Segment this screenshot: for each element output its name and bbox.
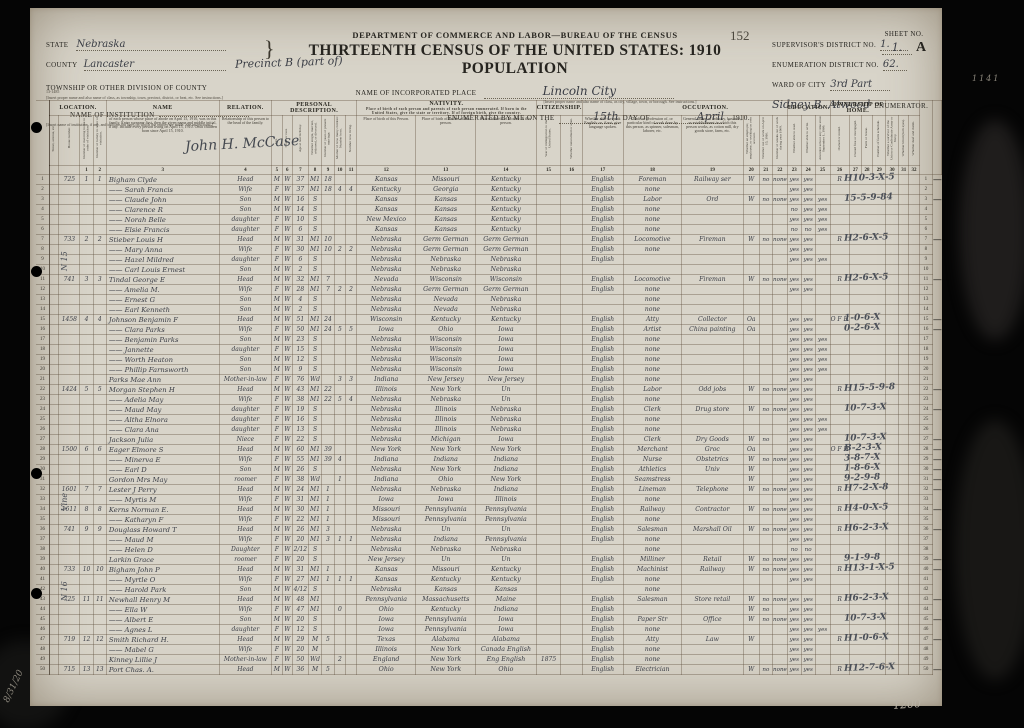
cell-wr: yes — [801, 565, 815, 575]
department-line: DEPARTMENT OF COMMERCE AND LABOR—BUREAU … — [280, 30, 750, 40]
cell-pob: Ohio — [357, 665, 416, 675]
group-nativity-: NATIVITY.Place of birth of each person a… — [357, 101, 537, 116]
colhead-c31: Whether blind (both eyes). — [899, 116, 909, 166]
person-row: 32160177Lester J PerryHeadMW24M11Nebrask… — [36, 485, 942, 495]
cell-dw: 4 — [80, 315, 93, 325]
census-grid-wrap: LOCATION.NAMERELATION.PERSONAL DESCRIPTI… — [36, 100, 942, 675]
cell-rel: Head — [219, 275, 272, 285]
colhead-fam: Number of family in order of visitation. — [93, 116, 106, 166]
row-number: 19 — [36, 355, 50, 365]
cell-pob: Nebraska — [357, 265, 416, 275]
cell-mpob: Kentucky — [476, 185, 536, 195]
pencil-tick: — — [933, 455, 942, 465]
cell-wr: yes — [801, 485, 815, 495]
cell-wks — [772, 535, 787, 545]
county-label: COUNTY — [46, 61, 78, 69]
cell-mpob: Nebraska — [476, 415, 536, 425]
cell-deaf — [909, 455, 919, 465]
person-row: 24—— Maud MaydaughterFW19SNebraskaIllino… — [36, 405, 942, 415]
cell-occ: none — [623, 545, 681, 555]
cell-mpob: Maine — [476, 595, 536, 605]
cell-house — [59, 365, 80, 375]
colnum-fam: 2 — [93, 166, 106, 175]
cell-fam — [93, 265, 106, 275]
cell-veteran — [886, 295, 899, 305]
cell-mar: S — [308, 225, 322, 235]
cell-nat — [561, 405, 582, 415]
cell-sch — [815, 245, 830, 255]
pencil-tick — [933, 515, 942, 525]
group-citizenship-: CITIZENSHIP. — [536, 101, 582, 116]
cell-ind — [682, 245, 744, 255]
cell-age: 26 — [292, 465, 308, 475]
cell-mar: S — [308, 345, 322, 355]
cell-ow — [759, 205, 772, 215]
cell-dw — [80, 335, 93, 345]
cell-fam — [93, 625, 106, 635]
cell-mpob: Eng English — [476, 655, 536, 665]
cell-rel: Son — [219, 205, 272, 215]
row-number-right: 23 — [919, 395, 933, 405]
cell-fpob: Massachusetts — [416, 595, 476, 605]
cell-veteran — [886, 645, 899, 655]
cell-emp — [743, 495, 759, 505]
cell-cl — [346, 255, 357, 265]
cell-name: —— Myrtis M — [106, 495, 219, 505]
row-number: 22 — [36, 385, 50, 395]
cell-blind — [899, 225, 909, 235]
cell-deaf — [909, 555, 919, 565]
cell-nat — [561, 385, 582, 395]
cell-veteran — [886, 535, 899, 545]
cell-annotation: 10-7-3-X — [849, 615, 886, 625]
cell-sch — [815, 455, 830, 465]
cell-emp: W — [743, 175, 759, 185]
cell-sch — [815, 185, 830, 195]
cell-rel: Son — [219, 355, 272, 365]
cell-wks — [772, 375, 787, 385]
cell-eng — [582, 295, 623, 305]
cell-ind — [682, 515, 744, 525]
person-row: 37—— Maud MWifeFW20M1311NebraskaIndianaP… — [36, 535, 942, 545]
group-ownership-of-home-: OWNERSHIP OF HOME. — [830, 101, 886, 116]
cell-ind: China painting — [682, 325, 744, 335]
colhead-ow: Whether out of work on April 15, 1910. — [759, 116, 772, 166]
colnum-mpob: 14 — [476, 166, 536, 175]
cell-yrs — [322, 205, 334, 215]
colhead-rd: Whether able to read. — [787, 116, 801, 166]
pencil-tick — [933, 285, 942, 295]
cell-pob: Nebraska — [357, 345, 416, 355]
person-row: 10—— Carl Louis ErnestSonMW2SNebraskaNeb… — [36, 265, 942, 275]
pencil-tick: — — [933, 485, 942, 495]
cell-nat — [561, 565, 582, 575]
cell-nat — [561, 175, 582, 185]
group-occupation-: OCCUPATION. — [623, 101, 787, 116]
row-number-right: 14 — [919, 305, 933, 315]
cell-blind — [899, 305, 909, 315]
cell-fam — [93, 205, 106, 215]
cell-nat — [561, 555, 582, 565]
cell-sex: F — [272, 425, 282, 435]
cell-street — [50, 475, 59, 485]
cell-mpob: New York — [476, 475, 536, 485]
cell-mar: M1 — [308, 515, 322, 525]
cell-eng: English — [582, 275, 623, 285]
cell-ow — [759, 415, 772, 425]
cell-imm: 1875 — [536, 655, 561, 665]
cell-dw — [80, 375, 93, 385]
cell-pob: Missouri — [357, 515, 416, 525]
cell-nat — [561, 395, 582, 405]
cell-nat — [561, 335, 582, 345]
pencil-tick — [933, 215, 942, 225]
cell-fam: 11 — [93, 595, 106, 605]
cell-nat — [561, 475, 582, 485]
cell-rd: yes — [787, 255, 801, 265]
cell-eng: English — [582, 405, 623, 415]
cell-pob: New Jersey — [357, 555, 416, 565]
cell-ind: Fireman — [682, 275, 744, 285]
cell-wr: yes — [801, 425, 815, 435]
cell-fpob: Nebraska — [416, 545, 476, 555]
cell-blind — [899, 285, 909, 295]
cell-mpob: Wisconsin — [476, 275, 536, 285]
cell-emp: Oa — [743, 445, 759, 455]
cell-fpob: Missouri — [416, 565, 476, 575]
cell-sch — [815, 545, 830, 555]
cell-rel: Son — [219, 305, 272, 315]
cell-veteran — [886, 615, 899, 625]
cell-dw — [80, 295, 93, 305]
cell-wks: none — [772, 175, 787, 185]
cell-rd: yes — [787, 445, 801, 455]
person-row: 16—— Clara ParksWifeFW50M12455IowaOhioIo… — [36, 325, 942, 335]
cell-veteran — [886, 285, 899, 295]
cell-mpob: Un — [476, 525, 536, 535]
cell-deaf — [909, 385, 919, 395]
cell-age: 48 — [292, 595, 308, 605]
cell-pob: Illinois — [357, 385, 416, 395]
cell-rel: Wife — [219, 645, 272, 655]
cell-pob: Indiana — [357, 455, 416, 465]
cell-pob: Ohio — [357, 605, 416, 615]
cell-house: 741 — [59, 275, 80, 285]
cell-nat — [561, 485, 582, 495]
pencil-tick — [933, 645, 942, 655]
cell-wr: yes — [801, 315, 815, 325]
cell-annotation — [849, 645, 886, 655]
cell-emp: W — [743, 385, 759, 395]
cell-street — [50, 495, 59, 505]
cell-emp: W — [743, 235, 759, 245]
cell-eng: English — [582, 195, 623, 205]
cell-sex: F — [272, 515, 282, 525]
cell-name: —— Clarence R — [106, 205, 219, 215]
cell-wr: yes — [801, 655, 815, 665]
cell-occ: none — [623, 355, 681, 365]
cell-nat — [561, 525, 582, 535]
cell-emp: W — [743, 635, 759, 645]
cell-wr: yes — [801, 215, 815, 225]
cell-name: Newhall Henry M — [106, 595, 219, 605]
cell-imm — [536, 625, 561, 635]
cell-sch: yes — [815, 345, 830, 355]
cell-deaf — [909, 465, 919, 475]
cell-name: —— Hazel Mildred — [106, 255, 219, 265]
cell-pob: Nebraska — [357, 395, 416, 405]
cell-rd: yes — [787, 365, 801, 375]
cell-annotation — [849, 255, 886, 265]
cell-street — [50, 605, 59, 615]
cell-wr: yes — [801, 435, 815, 445]
cell-blind — [899, 345, 909, 355]
row-number: 44 — [36, 605, 50, 615]
cell-sex: M — [272, 665, 282, 675]
cell-age: 29 — [292, 635, 308, 645]
cell-name: —— Worth Heaton — [106, 355, 219, 365]
cell-rel: daughter — [219, 225, 272, 235]
cell-nat — [561, 345, 582, 355]
supervisor-label: SUPERVISOR'S DISTRICT NO. — [772, 41, 876, 49]
cell-mar: S — [308, 205, 322, 215]
cell-imm — [536, 235, 561, 245]
colnum-age: 7 — [292, 166, 308, 175]
cell-eng: English — [582, 645, 623, 655]
cell-pob: Nevada — [357, 275, 416, 285]
cell-fpob: New York — [416, 645, 476, 655]
cell-mpob: Germ German — [476, 245, 536, 255]
cell-eng: English — [582, 325, 623, 335]
person-row: 13—— Ernest GSonMW4SNebraskaNevadaNebras… — [36, 295, 942, 305]
cell-wr: yes — [801, 345, 815, 355]
cell-color: W — [282, 235, 292, 245]
cell-ind — [682, 535, 744, 545]
cell-rd: yes — [787, 275, 801, 285]
cell-yrs: 1 — [322, 565, 334, 575]
cell-mpob: New Jersey — [476, 375, 536, 385]
cell-rel: Wife — [219, 575, 272, 585]
cell-occ: Merchant — [623, 445, 681, 455]
cell-color: W — [282, 555, 292, 565]
cell-deaf — [909, 515, 919, 525]
cell-annotation — [849, 345, 886, 355]
cell-nat — [561, 285, 582, 295]
cell-cb: 5 — [334, 325, 345, 335]
cell-yrs — [322, 365, 334, 375]
cell-street — [50, 655, 59, 665]
cell-age: 60 — [292, 445, 308, 455]
colnum-ind: 19 — [682, 166, 744, 175]
cell-nat — [561, 535, 582, 545]
cell-eng: English — [582, 665, 623, 675]
person-row: 25—— Altha ElnoradaughterFW16SNebraskaIl… — [36, 415, 942, 425]
cell-fam — [93, 515, 106, 525]
cell-color: W — [282, 625, 292, 635]
cell-rel: daughter — [219, 415, 272, 425]
cell-sex: M — [272, 315, 282, 325]
cell-ind: Store retail — [682, 595, 744, 605]
cell-deaf — [909, 435, 919, 445]
cell-rd: yes — [787, 615, 801, 625]
cell-pob: Nebraska — [357, 465, 416, 475]
punch-hole — [31, 266, 42, 277]
cell-imm — [536, 385, 561, 395]
cell-color: W — [282, 185, 292, 195]
cell-wr: yes — [801, 555, 815, 565]
cell-sex: F — [272, 475, 282, 485]
cell-imm — [536, 265, 561, 275]
cell-cb: 1 — [334, 535, 345, 545]
cell-blind — [899, 625, 909, 635]
cell-name: —— Clara Ana — [106, 425, 219, 435]
cell-rd — [787, 265, 801, 275]
cell-yrs — [322, 255, 334, 265]
cell-ind — [682, 605, 744, 615]
cell-wr: yes — [801, 625, 815, 635]
cell-imm — [536, 365, 561, 375]
cell-ow — [759, 345, 772, 355]
cell-rd: yes — [787, 425, 801, 435]
cell-emp — [743, 365, 759, 375]
cell-sex: M — [272, 175, 282, 185]
cell-emp: W — [743, 605, 759, 615]
row-number: 50 — [36, 665, 50, 675]
cell-sex: M — [272, 235, 282, 245]
cell-name: Johnson Benjamin F — [106, 315, 219, 325]
cell-dw — [80, 475, 93, 485]
cell-street — [50, 175, 59, 185]
cell-street — [50, 455, 59, 465]
cell-occ: Labor — [623, 385, 681, 395]
cell-mar: M1 — [308, 505, 322, 515]
row-number-right: 12 — [919, 285, 933, 295]
row-number-right: 36 — [919, 525, 933, 535]
cell-nat — [561, 235, 582, 245]
cell-sex: F — [272, 605, 282, 615]
cell-name: —— Mabel G — [106, 645, 219, 655]
colhead-dw: Number of dwelling house in order of vis… — [80, 116, 93, 166]
cell-wr: yes — [801, 285, 815, 295]
colhead-wks: Number of weeks out of work during year … — [772, 116, 787, 166]
cell-rd: yes — [787, 485, 801, 495]
cell-imm — [536, 465, 561, 475]
cell-mpob: Iowa — [476, 355, 536, 365]
cell-pob: Iowa — [357, 625, 416, 635]
cell-imm — [536, 275, 561, 285]
cell-blind — [899, 295, 909, 305]
cell-mpob: Kentucky — [476, 225, 536, 235]
cell-street — [50, 525, 59, 535]
cell-color: W — [282, 455, 292, 465]
cell-color: W — [282, 395, 292, 405]
cell-fam — [93, 615, 106, 625]
cell-name: Smith Richard H. — [106, 635, 219, 645]
cell-eng: English — [582, 175, 623, 185]
cell-fpob: Illinois — [416, 415, 476, 425]
cell-mar: S — [308, 585, 322, 595]
cell-cl — [346, 495, 357, 505]
cell-rd: yes — [787, 575, 801, 585]
cell-dw — [80, 355, 93, 365]
cell-mpob: Illinois — [476, 495, 536, 505]
cell-ow: no — [759, 435, 772, 445]
cell-mar: M1 — [308, 525, 322, 535]
cell-name: —— Mary Anna — [106, 245, 219, 255]
cell-rel: Wife — [219, 455, 272, 465]
cell-pob: Nebraska — [357, 425, 416, 435]
cell-yrs — [322, 475, 334, 485]
ward-value: 3rd Part — [830, 79, 890, 91]
cell-eng: English — [582, 625, 623, 635]
cell-dw: 13 — [80, 665, 93, 675]
person-row: 21Parks Mae AnnMother-in-lawFW76Wd33Indi… — [36, 375, 942, 385]
cell-ind — [682, 305, 744, 315]
cell-sch — [815, 405, 830, 415]
cell-sch — [815, 235, 830, 245]
cell-wr: yes — [801, 575, 815, 585]
cell-cl — [346, 655, 357, 665]
cell-street — [50, 425, 59, 435]
cell-emp: W — [743, 405, 759, 415]
cell-wr: yes — [801, 375, 815, 385]
cell-rel: Son — [219, 465, 272, 475]
cell-sex: F — [272, 395, 282, 405]
cell-fam: 2 — [93, 235, 106, 245]
cell-ind — [682, 665, 744, 675]
cell-emp — [743, 625, 759, 635]
cell-rd: yes — [787, 455, 801, 465]
cell-street — [50, 545, 59, 555]
cell-mar: S — [308, 355, 322, 365]
cell-fpob: Wisconsin — [416, 335, 476, 345]
cell-fpob: Wisconsin — [416, 365, 476, 375]
pencil-tick: — — [933, 595, 942, 605]
cell-sex: F — [272, 375, 282, 385]
cell-wks — [772, 575, 787, 585]
cell-age: 14 — [292, 205, 308, 215]
person-row: 5—— Norah BelledaughterFW10SNew MexicoKa… — [36, 215, 942, 225]
cell-nat — [561, 585, 582, 595]
cell-sch: yes — [815, 415, 830, 425]
cell-wks — [772, 465, 787, 475]
cell-rel: Son — [219, 585, 272, 595]
cell-color: W — [282, 535, 292, 545]
cell-mar: S — [308, 545, 322, 555]
cell-emp — [743, 285, 759, 295]
film-edge — [933, 101, 942, 175]
cell-fpob: Indiana — [416, 455, 476, 465]
cell-emp — [743, 645, 759, 655]
cell-occ — [623, 605, 681, 615]
colhead-nat: Whether naturalized or alien. — [561, 116, 582, 166]
cell-mar: Wd — [308, 475, 322, 485]
cell-color: W — [282, 595, 292, 605]
person-row: 26—— Clara AnadaughterFW13SNebraskaIllin… — [36, 425, 942, 435]
cell-ind — [682, 425, 744, 435]
cell-imm — [536, 405, 561, 415]
cell-blind — [899, 485, 909, 495]
cell-street — [50, 555, 59, 565]
cell-house — [59, 325, 80, 335]
cell-house — [59, 535, 80, 545]
cell-dw — [80, 515, 93, 525]
cell-occ: none — [623, 285, 681, 295]
cell-veteran — [886, 415, 899, 425]
cell-dw — [80, 395, 93, 405]
cell-blind — [899, 385, 909, 395]
cell-mpob: Pennsylvania — [476, 535, 536, 545]
